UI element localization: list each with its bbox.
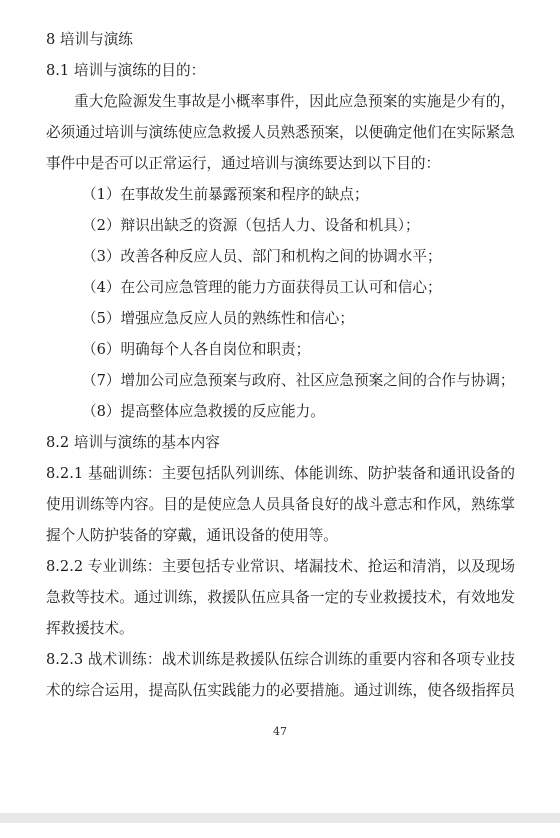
para-8-2-2-line-2: 急救等技术。通过训练，救援队伍应具备一定的专业救援技术，有效地发	[46, 582, 515, 613]
para-8-2-2-line-1: 8.2.2 专业训练：主要包括专业常识、堵漏技术、抢运和清消，以及现场	[46, 551, 515, 582]
list-item-8: （8）提高整体应急救援的反应能力。	[46, 396, 515, 427]
document-page: 8 培训与演练 8.1 培训与演练的目的： 重大危险源发生事故是小概率事件，因此…	[0, 0, 560, 838]
para-8-2-2-line-3: 挥救援技术。	[46, 613, 515, 644]
document-content: 8 培训与演练 8.1 培训与演练的目的： 重大危险源发生事故是小概率事件，因此…	[46, 24, 515, 706]
list-item-2: （2）辩识出缺乏的资源（包括人力、设备和机具）；	[46, 210, 515, 241]
para-8-2-1-line-1: 8.2.1 基础训练：主要包括队列训练、体能训练、防护装备和通讯设备的	[46, 458, 515, 489]
section-heading-8: 8 培训与演练	[46, 24, 515, 55]
section-heading-8-1: 8.1 培训与演练的目的：	[46, 55, 515, 86]
intro-paragraph-line-1: 重大危险源发生事故是小概率事件，因此应急预案的实施是少有的，	[46, 86, 515, 117]
para-8-2-1-line-2: 使用训练等内容。目的是使应急人员具备良好的战斗意志和作风，熟练掌	[46, 489, 515, 520]
list-item-1: （1）在事故发生前暴露预案和程序的缺点；	[46, 179, 515, 210]
para-8-2-3-line-1: 8.2.3 战术训练：战术训练是救援队伍综合训练的重要内容和各项专业技	[46, 644, 515, 675]
para-8-2-1-line-3: 握个人防护装备的穿戴，通讯设备的使用等。	[46, 520, 515, 551]
list-item-7: （7）增加公司应急预案与政府、社区应急预案之间的合作与协调；	[46, 365, 515, 396]
section-heading-8-2: 8.2 培训与演练的基本内容	[46, 427, 515, 458]
page-number: 47	[0, 724, 560, 740]
list-item-3: （3）改善各种反应人员、部门和机构之间的协调水平；	[46, 241, 515, 272]
intro-paragraph-line-3: 事件中是否可以正常运行，通过培训与演练要达到以下目的：	[46, 148, 515, 179]
list-item-4: （4）在公司应急管理的能力方面获得员工认可和信心；	[46, 272, 515, 303]
page-separator	[0, 813, 560, 823]
para-8-2-3-line-2: 术的综合运用，提高队伍实践能力的必要措施。通过训练，使各级指挥员	[46, 675, 515, 706]
list-item-5: （5）增强应急反应人员的熟练性和信心；	[46, 303, 515, 334]
list-item-6: （6）明确每个人各自岗位和职责；	[46, 334, 515, 365]
intro-paragraph-line-2: 必须通过培训与演练使应急救援人员熟悉预案，以便确定他们在实际紧急	[46, 117, 515, 148]
